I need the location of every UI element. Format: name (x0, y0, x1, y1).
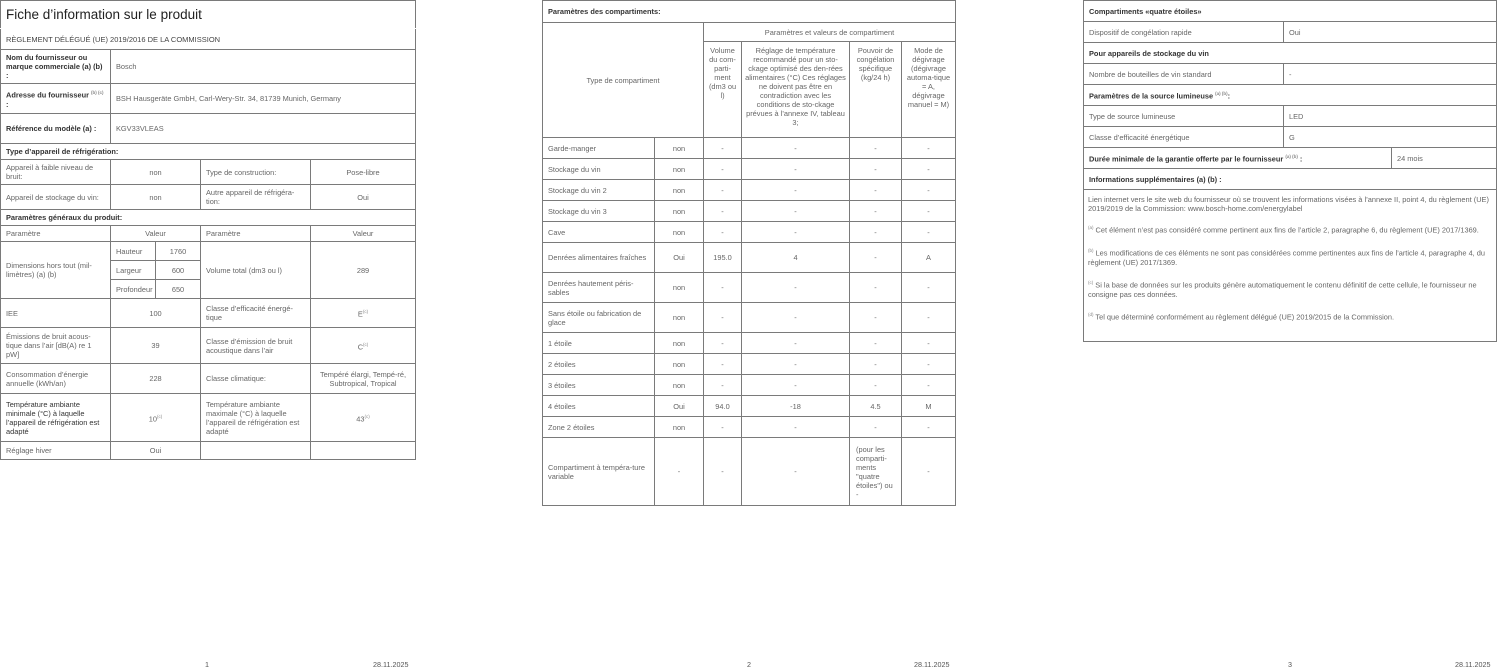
table-row: Stockage du vin 2non---- (543, 180, 956, 201)
model-value: KGV33VLEAS (111, 114, 416, 144)
cell-freeze: - (850, 333, 902, 354)
cell-temp: - (742, 417, 850, 438)
table-row: Cavenon---- (543, 222, 956, 243)
cell-present: non (655, 159, 704, 180)
cell-name: 3 étoiles (543, 375, 655, 396)
table-row: Stockage du vin 3non---- (543, 201, 956, 222)
address-label: Adresse du fournisseur (b) (c) : (1, 84, 111, 114)
table-row: 2 étoilesnon---- (543, 354, 956, 375)
width-value: 600 (156, 261, 201, 280)
wine-appliance-label: Appareil de stockage du vin: (1, 185, 111, 210)
cell-name: Sans étoile ou fabrication de glace (543, 303, 655, 333)
noise-class-label: Classe d’émission de bruit acoustique da… (201, 328, 311, 364)
wine-section-heading: Pour appareils de stockage du vin (1084, 43, 1497, 64)
max-temp-value: 43(c) (311, 394, 416, 442)
warranty-value: 24 mois (1392, 148, 1497, 169)
cell-temp: - (742, 138, 850, 159)
cell-present: non (655, 354, 704, 375)
cell-defrost: M (902, 396, 956, 417)
cell-temp: -18 (742, 396, 850, 417)
cell-defrost: - (902, 138, 956, 159)
consumption-label: Consommation d’énergie annuelle (kWh/an) (1, 364, 111, 394)
cell-defrost: - (902, 438, 956, 506)
group-header: Paramètres et valeurs de compartiment (704, 23, 956, 42)
cell-present: non (655, 222, 704, 243)
notes-cell: Lien internet vers le site web du fourni… (1084, 190, 1497, 342)
cell-temp: - (742, 354, 850, 375)
model-label: Référence du modèle (a) : (1, 114, 111, 144)
cell-freeze: - (850, 222, 902, 243)
type-header: Type de compartiment (543, 23, 704, 138)
table-row: Denrées alimentaires fraîchesOui195.04-A (543, 243, 956, 273)
depth-value: 650 (156, 280, 201, 299)
cell-volume: 94.0 (704, 396, 742, 417)
cell-temp: - (742, 159, 850, 180)
cell-volume: - (704, 273, 742, 303)
col-param-1: Paramètre (1, 226, 111, 242)
product-info-table: Fiche d’information sur le produit RÈGLE… (0, 0, 416, 460)
cell-volume: - (704, 333, 742, 354)
cell-present: - (655, 438, 704, 506)
cell-freeze: - (850, 273, 902, 303)
cell-present: Oui (655, 396, 704, 417)
light-section-heading: Paramètres de la source lumineuse (a) (b… (1084, 85, 1497, 106)
cell-freeze: - (850, 303, 902, 333)
eei-value: 100 (111, 299, 201, 328)
table-row: Compartiment à tempéra-ture variable---(… (543, 438, 956, 506)
compartments-section-heading: Paramètres des compartiments: (543, 1, 956, 23)
general-section-heading: Paramètres généraux du produit: (1, 210, 416, 226)
table-row: Zone 2 étoilesnon---- (543, 417, 956, 438)
cell-temp: - (742, 180, 850, 201)
cell-freeze: - (850, 201, 902, 222)
energy-class-label: Classe d’efficacité énergé-tique (201, 299, 311, 328)
page-2: Paramètres des compartiments: Type de co… (542, 0, 956, 506)
low-noise-value: non (111, 160, 201, 185)
cell-volume: 195.0 (704, 243, 742, 273)
light-class-label: Classe d’efficacité énergétique (1084, 127, 1284, 148)
table-row: Sans étoile ou fabrication de glacenon--… (543, 303, 956, 333)
cell-name: 2 étoiles (543, 354, 655, 375)
cell-defrost: - (902, 303, 956, 333)
page-number: 1 (205, 660, 209, 669)
bottles-label: Nombre de bouteilles de vin standard (1084, 64, 1284, 85)
height-value: 1760 (156, 242, 201, 261)
cell-temp: - (742, 438, 850, 506)
cell-freeze: (pour les comparti-ments "quatre étoiles… (850, 438, 902, 506)
footnote-text: Cet élément n’est pas considéré comme pe… (1094, 225, 1479, 234)
footnote: (c) Si la base de données sur les produi… (1088, 278, 1492, 299)
cell-freeze: - (850, 138, 902, 159)
col-value-1: Valeur (111, 226, 201, 242)
depth-label: Profondeur (111, 280, 156, 299)
cell-name: Denrées alimentaires fraîches (543, 243, 655, 273)
cell-present: non (655, 303, 704, 333)
page-3: Compartiments «quatre étoiles» Dispositi… (1083, 0, 1497, 342)
cell-present: non (655, 417, 704, 438)
cell-defrost: A (902, 243, 956, 273)
table-row: Garde-mangernon---- (543, 138, 956, 159)
table-row: 1 étoilenon---- (543, 333, 956, 354)
cell-volume: - (704, 159, 742, 180)
cell-volume: - (704, 222, 742, 243)
winter-value: Oui (111, 442, 201, 460)
additional-info-table: Compartiments «quatre étoiles» Dispositi… (1083, 0, 1497, 342)
low-noise-label: Appareil à faible niveau de bruit: (1, 160, 111, 185)
compartments-table: Paramètres des compartiments: Type de co… (542, 0, 956, 506)
footnote: (d) Tel que déterminé conformément au rè… (1088, 310, 1492, 322)
cell-present: Oui (655, 243, 704, 273)
cell-defrost: - (902, 159, 956, 180)
cell-present: non (655, 201, 704, 222)
supplier-label: Nom du fournisseur ou marque commerciale… (1, 50, 111, 84)
warranty-label: Durée minimale de la garantie offerte pa… (1084, 148, 1392, 169)
fast-freeze-label: Dispositif de congélation rapide (1084, 22, 1284, 43)
width-label: Largeur (111, 261, 156, 280)
cell-volume: - (704, 417, 742, 438)
address-value: BSH Hausgeräte GmbH, Carl-Wery-Str. 34, … (111, 84, 416, 114)
cell-temp: - (742, 333, 850, 354)
cell-defrost: - (902, 333, 956, 354)
cell-name: Garde-manger (543, 138, 655, 159)
cell-temp: - (742, 222, 850, 243)
cell-volume: - (704, 438, 742, 506)
cell-name: Compartiment à tempéra-ture variable (543, 438, 655, 506)
cell-present: non (655, 138, 704, 159)
col-value-2: Valeur (311, 226, 416, 242)
consumption-value: 228 (111, 364, 201, 394)
energy-class-value: E(c) (311, 299, 416, 328)
cell-name: Stockage du vin 3 (543, 201, 655, 222)
col-volume-header: Volume du com-parti-ment (dm3 ou l) (704, 42, 742, 138)
table-row: 3 étoilesnon---- (543, 375, 956, 396)
max-temp-label: Température ambiante maximale (°C) à laq… (201, 394, 311, 442)
cell-volume: - (704, 201, 742, 222)
cell-freeze: - (850, 354, 902, 375)
light-type-label: Type de source lumineuse (1084, 106, 1284, 127)
noise-class-value: C(c) (311, 328, 416, 364)
page-title: Fiche d’information sur le produit (1, 1, 416, 29)
cell-freeze: - (850, 375, 902, 396)
cell-defrost: - (902, 417, 956, 438)
cell-freeze: - (850, 159, 902, 180)
volume-value: 289 (311, 242, 416, 299)
cell-present: non (655, 273, 704, 303)
footnote-text: Tel que déterminé conformément au règlem… (1094, 313, 1395, 322)
empty-cell (201, 442, 311, 460)
footnote: (b) Les modifications de ces éléments ne… (1088, 246, 1492, 267)
fast-freeze-value: Oui (1284, 22, 1497, 43)
regulation-text: RÈGLEMENT DÉLÉGUÉ (UE) 2019/2016 DE LA C… (1, 29, 416, 50)
cell-name: 4 étoiles (543, 396, 655, 417)
type-section-heading: Type d’appareil de réfrigération: (1, 144, 416, 160)
cell-present: non (655, 375, 704, 396)
cell-temp: - (742, 201, 850, 222)
cell-defrost: - (902, 222, 956, 243)
cell-name: Denrées hautement péris-sables (543, 273, 655, 303)
footnote-text: Les modifications de ces éléments ne son… (1088, 248, 1485, 266)
cell-freeze: - (850, 243, 902, 273)
cell-defrost: - (902, 375, 956, 396)
col-freeze-header: Pouvoir de congélation spécifique (kg/24… (850, 42, 902, 138)
page-number: 2 (747, 660, 751, 669)
wine-appliance-value: non (111, 185, 201, 210)
cell-name: 1 étoile (543, 333, 655, 354)
min-temp-label: Température ambiante minimale (°C) à laq… (1, 394, 111, 442)
cell-defrost: - (902, 201, 956, 222)
height-label: Hauteur (111, 242, 156, 261)
dimensions-label: Dimensions hors tout (mil-limètres) (a) … (1, 242, 111, 299)
page-date: 28.11.2025 (1455, 660, 1490, 669)
empty-cell (311, 442, 416, 460)
cell-present: non (655, 333, 704, 354)
construction-value: Pose-libre (311, 160, 416, 185)
footnote: (a) Cet élément n’est pas considéré comm… (1088, 223, 1492, 235)
col-param-2: Paramètre (201, 226, 311, 242)
cell-volume: - (704, 138, 742, 159)
min-temp-value: 10(c) (111, 394, 201, 442)
col-temp-header: Réglage de température recommandé pour u… (742, 42, 850, 138)
cell-volume: - (704, 303, 742, 333)
cell-freeze: - (850, 417, 902, 438)
page-1: Fiche d’information sur le produit RÈGLE… (0, 0, 416, 460)
cell-name: Zone 2 étoiles (543, 417, 655, 438)
footnote-text: Si la base de données sur les produits g… (1088, 280, 1477, 298)
four-star-section-heading: Compartiments «quatre étoiles» (1084, 1, 1497, 22)
cell-name: Stockage du vin 2 (543, 180, 655, 201)
other-appliance-label: Autre appareil de réfrigéra-tion: (201, 185, 311, 210)
cell-temp: - (742, 375, 850, 396)
cell-defrost: - (902, 273, 956, 303)
cell-temp: 4 (742, 243, 850, 273)
cell-defrost: - (902, 180, 956, 201)
table-row: Denrées hautement péris-sablesnon---- (543, 273, 956, 303)
eei-label: IEE (1, 299, 111, 328)
energy-label-link-text: Lien internet vers le site web du fourni… (1088, 195, 1492, 214)
extra-info-heading: Informations supplémentaires (a) (b) : (1084, 169, 1497, 190)
col-defrost-header: Mode de dégivrage (dégivrage automa-tiqu… (902, 42, 956, 138)
climate-label: Classe climatique: (201, 364, 311, 394)
table-row: 4 étoilesOui94.0-184.5M (543, 396, 956, 417)
light-type-value: LED (1284, 106, 1497, 127)
noise-label: Émissions de bruit acous-tique dans l’ai… (1, 328, 111, 364)
cell-volume: - (704, 375, 742, 396)
winter-label: Réglage hiver (1, 442, 111, 460)
cell-volume: - (704, 180, 742, 201)
page-number: 3 (1288, 660, 1292, 669)
construction-label: Type de construction: (201, 160, 311, 185)
table-row: Stockage du vinnon---- (543, 159, 956, 180)
volume-label: Volume total (dm3 ou l) (201, 242, 311, 299)
cell-temp: - (742, 303, 850, 333)
cell-volume: - (704, 354, 742, 375)
cell-name: Cave (543, 222, 655, 243)
page-date: 28.11.2025 (914, 660, 949, 669)
page-date: 28.11.2025 (373, 660, 408, 669)
cell-defrost: - (902, 354, 956, 375)
light-class-value: G (1284, 127, 1497, 148)
bottles-value: - (1284, 64, 1497, 85)
noise-value: 39 (111, 328, 201, 364)
cell-name: Stockage du vin (543, 159, 655, 180)
supplier-value: Bosch (111, 50, 416, 84)
cell-freeze: 4.5 (850, 396, 902, 417)
other-appliance-value: Oui (311, 185, 416, 210)
climate-value: Tempéré élargi, Tempé-ré, Subtropical, T… (311, 364, 416, 394)
cell-present: non (655, 180, 704, 201)
cell-temp: - (742, 273, 850, 303)
cell-freeze: - (850, 180, 902, 201)
